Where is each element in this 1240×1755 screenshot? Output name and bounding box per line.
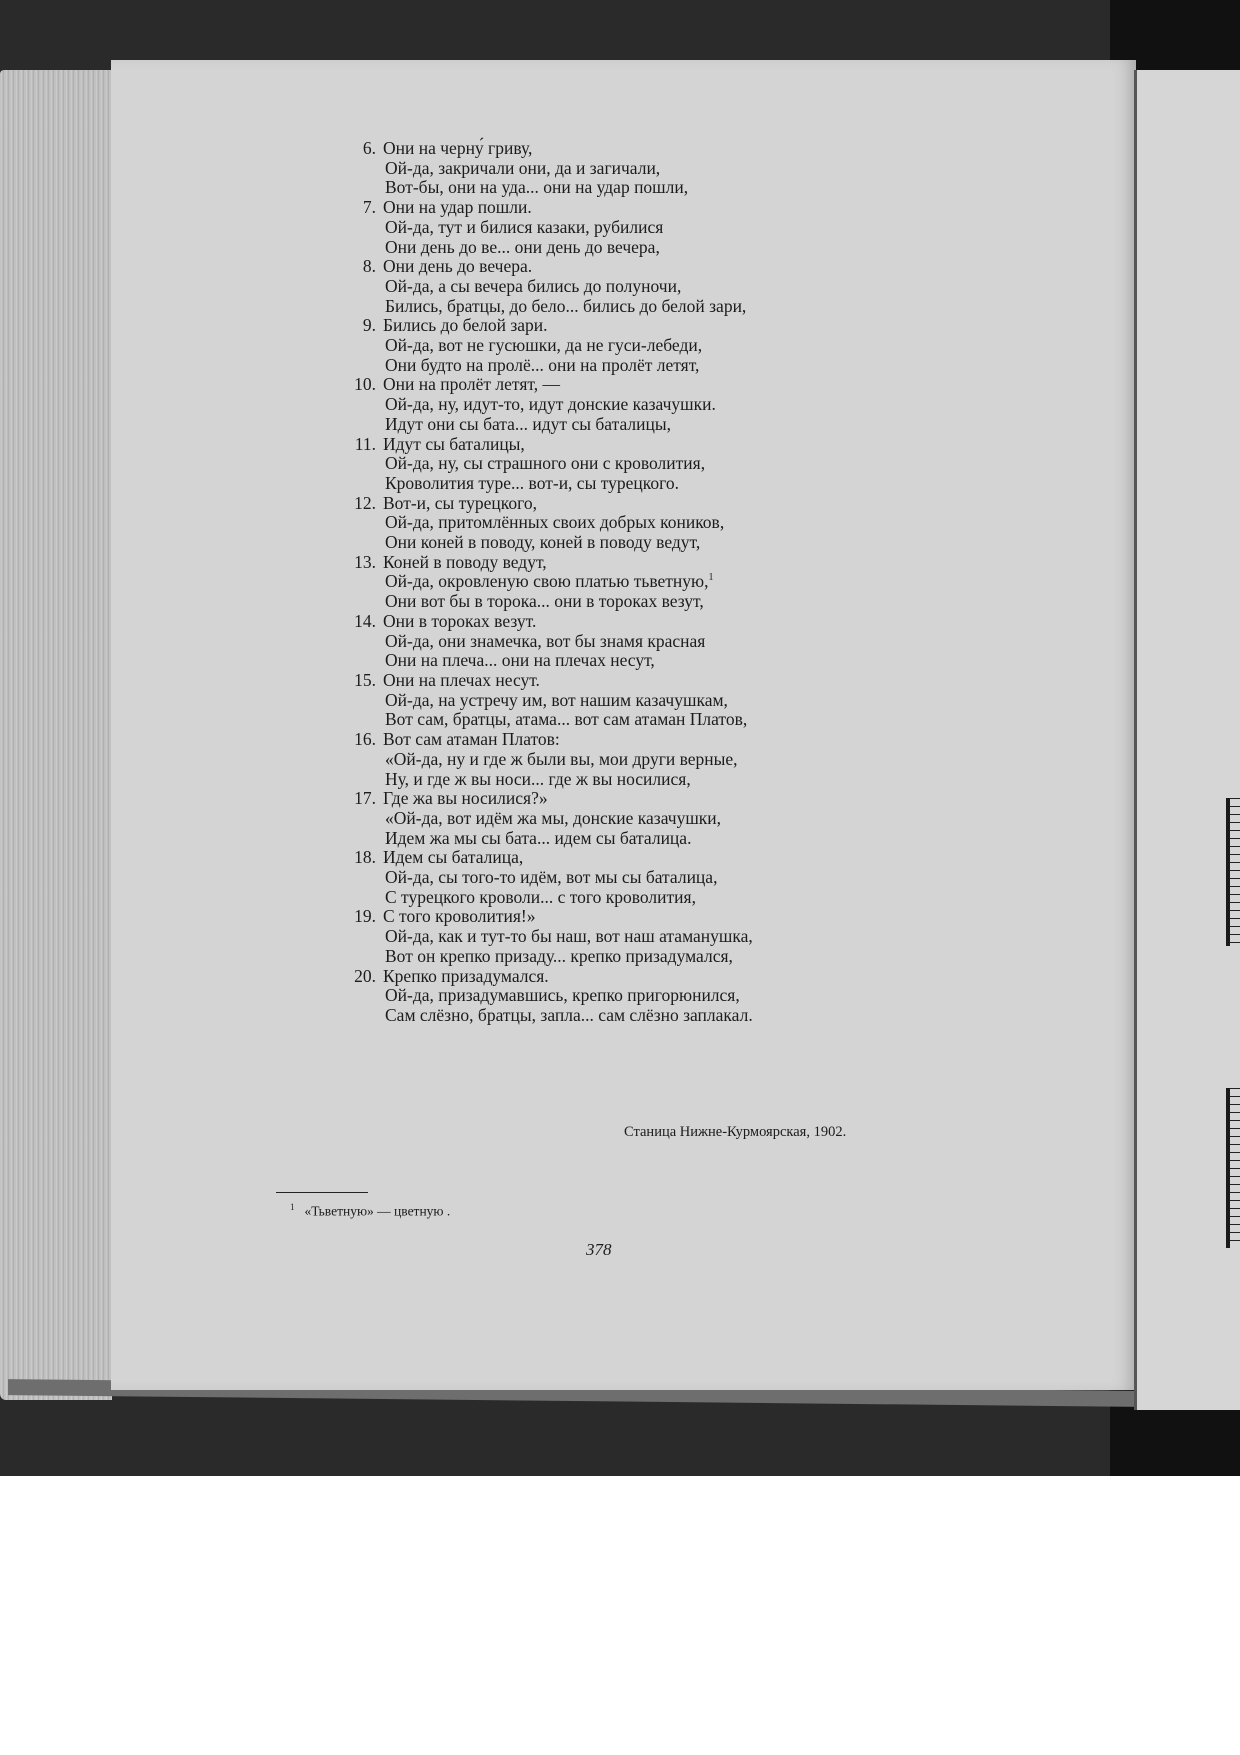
footnote-rule bbox=[276, 1192, 368, 1193]
verse-number: 7. bbox=[330, 198, 376, 218]
verse-line: Ой-да, закричали они, да и загичали, bbox=[385, 159, 870, 179]
verse-number: 10. bbox=[330, 375, 376, 395]
verse-line: Вот сам атаман Платов: bbox=[383, 730, 870, 750]
verse-number: 14. bbox=[330, 612, 376, 632]
verse-number: 19. bbox=[330, 907, 376, 927]
verse-line: Они на черну́ гриву, bbox=[383, 139, 870, 159]
song-text: 6.Они на черну́ гриву,Ой-да, закричали о… bbox=[330, 139, 870, 1026]
verse-line: Идут сы баталицы, bbox=[383, 435, 870, 455]
verse-line: Идем сы баталица, bbox=[383, 848, 870, 868]
verse: 19.С того кроволития!»Ой-да, как и тут-т… bbox=[330, 907, 870, 966]
verse-line: Бились, братцы, до бело... бились до бел… bbox=[385, 297, 870, 317]
verse-line: Ой-да, ну, идут-то, идут донские казачуш… bbox=[385, 395, 870, 415]
verse-line: Ой-да, на устречу им, вот нашим казачушк… bbox=[385, 691, 870, 711]
verse-line: Они будто на пролё... они на пролёт летя… bbox=[385, 356, 870, 376]
verse: 6.Они на черну́ гриву,Ой-да, закричали о… bbox=[330, 139, 870, 198]
verse-line: Где жа вы носилися?» bbox=[383, 789, 870, 809]
verse-line: Они вот бы в торока... они в тороках вез… bbox=[385, 592, 870, 612]
verse-number: 8. bbox=[330, 257, 376, 277]
verse-number: 13. bbox=[330, 553, 376, 573]
verse-line: Вот он крепко призаду... крепко призадум… bbox=[385, 947, 870, 967]
footnote: 1«Тьветную» — цветную . bbox=[304, 1202, 450, 1220]
verse-line: Они коней в поводу, коней в поводу ведут… bbox=[385, 533, 870, 553]
verse-line: С того кроволития!» bbox=[383, 907, 870, 927]
verse-line: Ой-да, вот не гусюшки, да не гуси-лебеди… bbox=[385, 336, 870, 356]
verse-line: Ой-да, призадумавшись, крепко пригорюнил… bbox=[385, 986, 870, 1006]
verse-line: Бились до белой зари. bbox=[383, 316, 870, 336]
verse-number: 11. bbox=[330, 435, 376, 455]
verse: 9.Бились до белой зари.Ой-да, вот не гус… bbox=[330, 316, 870, 375]
verse: 10.Они на пролёт летят, —Ой-да, ну, идут… bbox=[330, 375, 870, 434]
page-number: 378 bbox=[586, 1240, 612, 1260]
verse-line: Ой-да, тут и билися казаки, рубилися bbox=[385, 218, 870, 238]
verse: 20.Крепко призадумался.Ой-да, призадумав… bbox=[330, 967, 870, 1026]
verse-number: 6. bbox=[330, 139, 376, 159]
verse-line: Идем жа мы сы бата... идем сы баталица. bbox=[385, 829, 870, 849]
verse-number: 17. bbox=[330, 789, 376, 809]
verse-line: Они на пролёт летят, — bbox=[383, 375, 870, 395]
verse-number: 9. bbox=[330, 316, 376, 336]
book-page-stack bbox=[0, 70, 112, 1400]
music-staff-fragment bbox=[1226, 798, 1240, 946]
verse-line: Ну, и где ж вы носи... где ж вы носилися… bbox=[385, 770, 870, 790]
verse-line: Ой-да, ну, сы страшного они с кроволития… bbox=[385, 454, 870, 474]
verse-line: Идут они сы бата... идут сы баталицы, bbox=[385, 415, 870, 435]
place-and-year: Станица Нижне-Курмоярская, 1902. bbox=[624, 1124, 846, 1141]
verse: 13.Коней в поводу ведут,Ой-да, окровлену… bbox=[330, 553, 870, 612]
verse: 18.Идем сы баталица,Ой-да, сы того-то ид… bbox=[330, 848, 870, 907]
verse: 17.Где жа вы носилися?»«Ой-да, вот идём … bbox=[330, 789, 870, 848]
verse-line: Ой-да, притомлённых своих добрых коников… bbox=[385, 513, 870, 533]
verse-number: 18. bbox=[330, 848, 376, 868]
verse: 11.Идут сы баталицы,Ой-да, ну, сы страшн… bbox=[330, 435, 870, 494]
verse-line: «Ой-да, ну и где ж были вы, мои други ве… bbox=[385, 750, 870, 770]
verse-line: Сам слёзно, братцы, запла... сам слёзно … bbox=[385, 1006, 870, 1026]
verse: 14.Они в тороках везут.Ой-да, они знамеч… bbox=[330, 612, 870, 671]
verse-line: Ой-да, как и тут-то бы наш, вот наш атам… bbox=[385, 927, 870, 947]
verse-line: Ой-да, окровленую свою платью тьветную,1 bbox=[385, 572, 870, 592]
verse: 15.Они на плечах несут.Ой-да, на устречу… bbox=[330, 671, 870, 730]
verse-line: Кроволития туре... вот-и, сы турецкого. bbox=[385, 474, 870, 494]
verse-line: Ой-да, а сы вечера бились до полуночи, bbox=[385, 277, 870, 297]
verse-line: Они день до ве... они день до вечера, bbox=[385, 238, 870, 258]
footnote-text: «Тьветную» — цветную . bbox=[305, 1204, 451, 1219]
footnote-mark: 1 bbox=[290, 1202, 295, 1212]
footnote-reference: 1 bbox=[708, 573, 713, 584]
verse: 7.Они на удар пошли.Ой-да, тут и билися … bbox=[330, 198, 870, 257]
music-staff-fragment bbox=[1226, 1088, 1240, 1248]
verse-line: Вот сам, братцы, атама... вот сам атаман… bbox=[385, 710, 870, 730]
verse-line: Они на плечах несут. bbox=[383, 671, 870, 691]
verse: 12.Вот-и, сы турецкого,Ой-да, притомлённ… bbox=[330, 494, 870, 553]
verse-line: Вот-бы, они на уда... они на удар пошли, bbox=[385, 178, 870, 198]
verse-line: Ой-да, сы того-то идём, вот мы сы батали… bbox=[385, 868, 870, 888]
verse-line: Они день до вечера. bbox=[383, 257, 870, 277]
verse-number: 16. bbox=[330, 730, 376, 750]
verse-number: 15. bbox=[330, 671, 376, 691]
verse-line: «Ой-да, вот идём жа мы, донские казачушк… bbox=[385, 809, 870, 829]
verse: 8.Они день до вечера.Ой-да, а сы вечера … bbox=[330, 257, 870, 316]
verse-line: Они на плеча... они на плечах несут, bbox=[385, 651, 870, 671]
right-book-page bbox=[1137, 70, 1240, 1410]
verse-line: Крепко призадумался. bbox=[383, 967, 870, 987]
verse-line: Они в тороках везут. bbox=[383, 612, 870, 632]
verse-line: Ой-да, они знамечка, вот бы знамя красна… bbox=[385, 632, 870, 652]
verse-line: Коней в поводу ведут, bbox=[383, 553, 870, 573]
verse: 16.Вот сам атаман Платов:«Ой-да, ну и гд… bbox=[330, 730, 870, 789]
verse-line: С турецкого кроволи... с того кроволития… bbox=[385, 888, 870, 908]
verse-number: 12. bbox=[330, 494, 376, 514]
verse-line: Они на удар пошли. bbox=[383, 198, 870, 218]
verse-number: 20. bbox=[330, 967, 376, 987]
verse-line: Вот-и, сы турецкого, bbox=[383, 494, 870, 514]
